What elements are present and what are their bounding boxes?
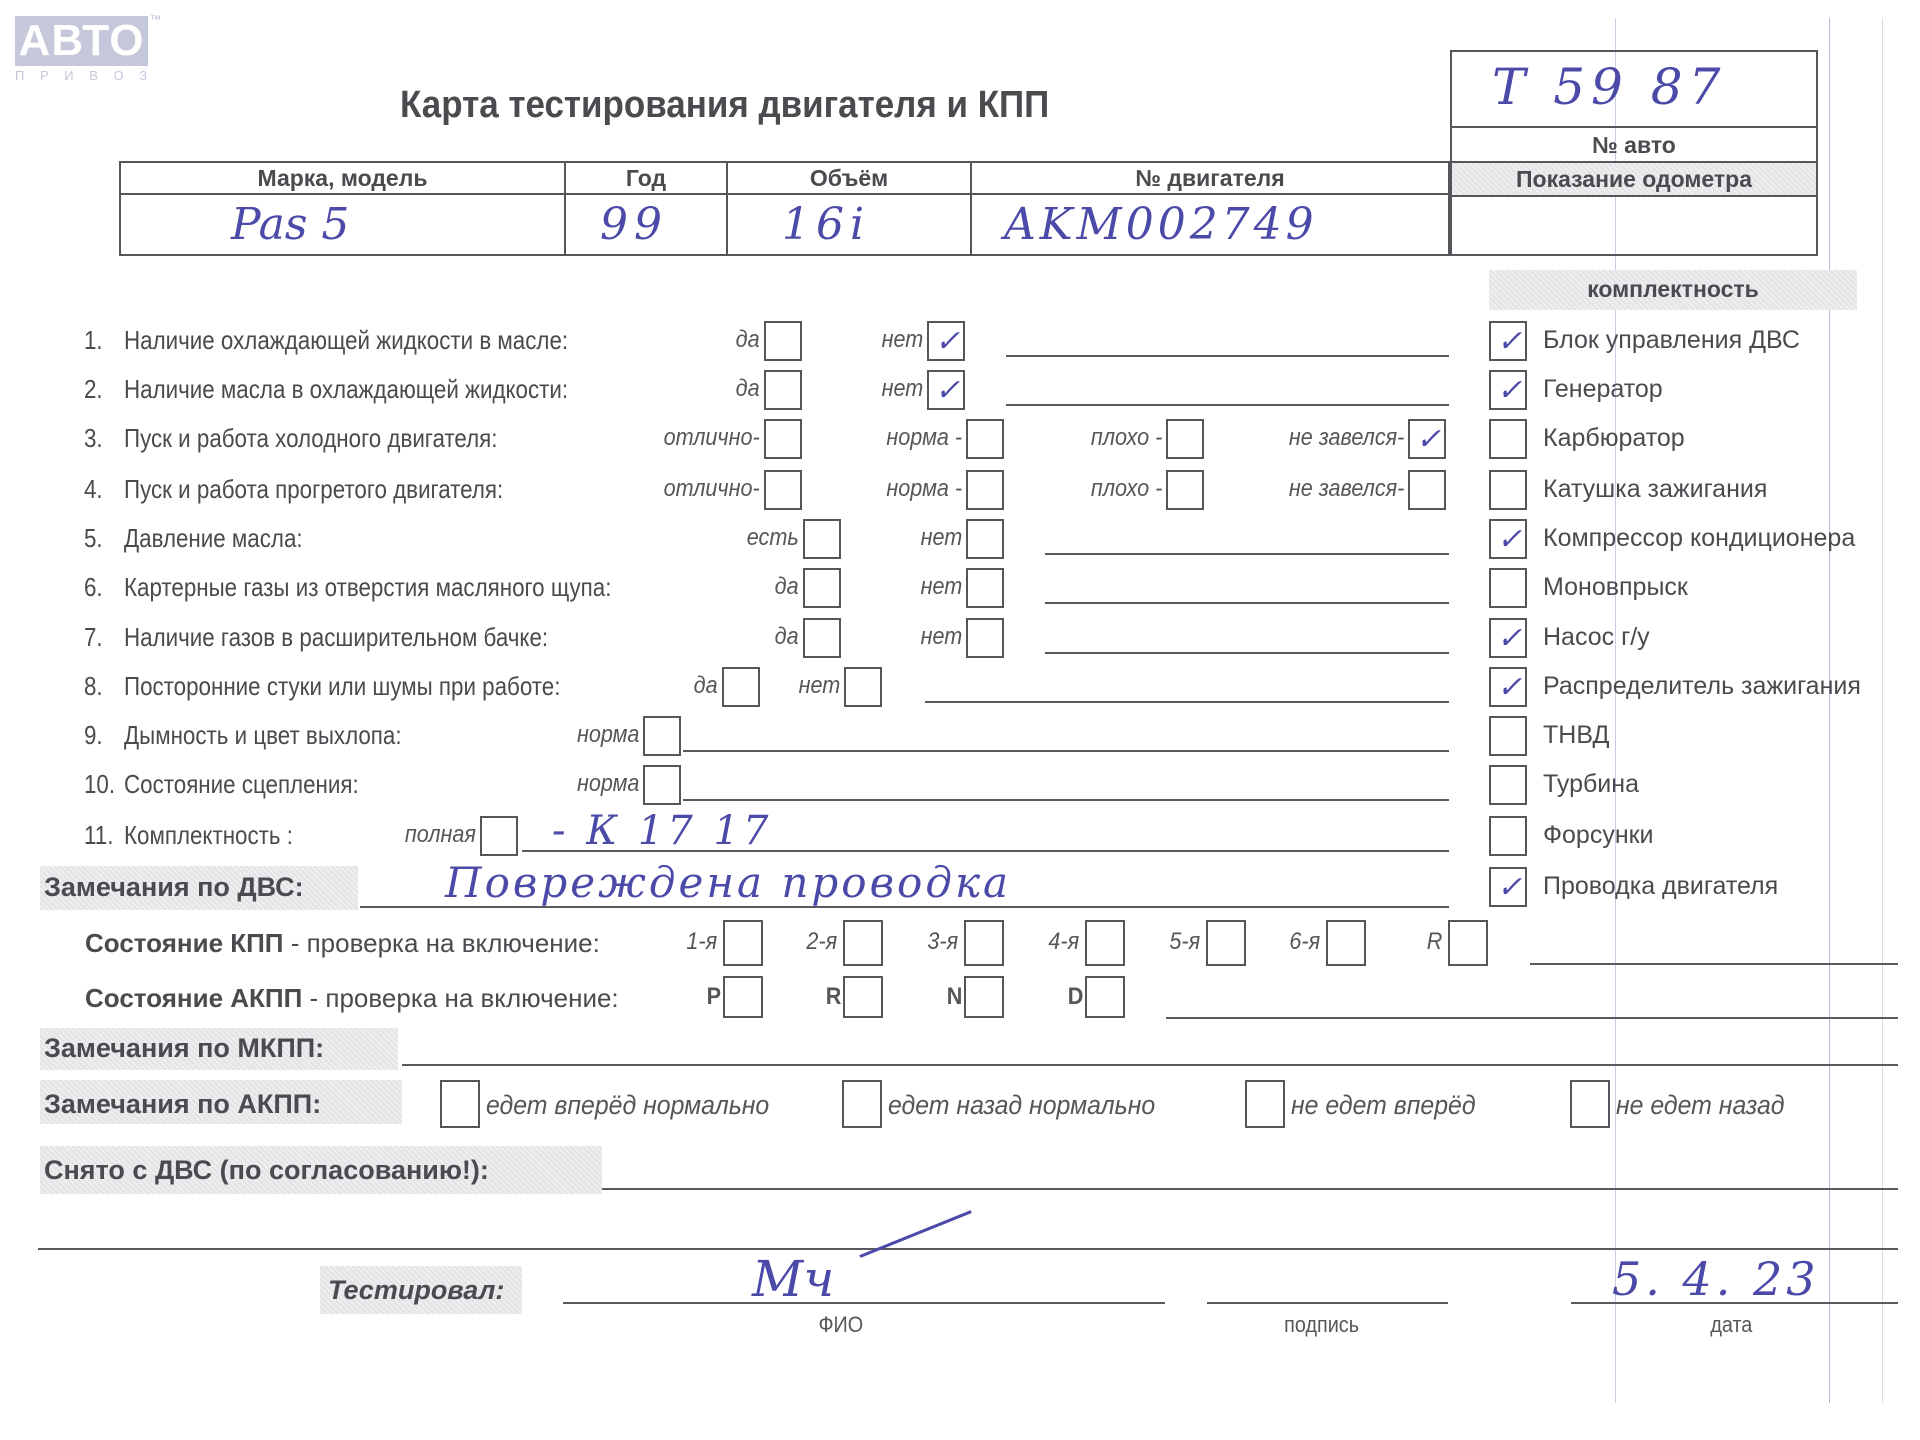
question-number: 5. bbox=[84, 523, 103, 554]
manual-gearbox-subtitle: - проверка на включение: bbox=[284, 928, 600, 958]
option-label: не завелся- bbox=[1288, 475, 1404, 503]
option-label: да bbox=[775, 573, 799, 601]
gear-checkbox[interactable] bbox=[1206, 920, 1246, 966]
kit-item-label: Генератор bbox=[1543, 375, 1663, 404]
option-checkbox[interactable] bbox=[1408, 470, 1446, 510]
gear-label: 6-я bbox=[1289, 928, 1320, 956]
option-checkbox[interactable] bbox=[803, 568, 841, 608]
option-label: норма bbox=[577, 721, 639, 749]
position-label: N bbox=[946, 983, 962, 1011]
question-number: 2. bbox=[84, 374, 103, 405]
option-label: отлично- bbox=[664, 475, 760, 503]
name-value[interactable]: Мч bbox=[752, 1250, 834, 1308]
question-label: Картерные газы из отверстия масляного щу… bbox=[124, 572, 611, 603]
question-notes-line[interactable] bbox=[1006, 355, 1449, 357]
manual-gearbox-title: Состояние КПП bbox=[85, 928, 284, 958]
auto-gearbox-line bbox=[1166, 1017, 1898, 1019]
kit-item-label: Блок управления ДВС bbox=[1543, 326, 1800, 355]
option-label: есть bbox=[747, 524, 799, 552]
option-checkbox[interactable] bbox=[764, 470, 802, 510]
question-label: Посторонние стуки или шумы при работе: bbox=[124, 671, 560, 702]
option-label: не завелся- bbox=[1288, 424, 1404, 452]
option-checkbox[interactable] bbox=[966, 568, 1004, 608]
question-label: Наличие газов в расширительном бачке: bbox=[124, 622, 548, 653]
option-label: нет bbox=[920, 623, 962, 651]
question-number: 4. bbox=[84, 474, 103, 505]
question-number: 3. bbox=[84, 423, 103, 454]
option-checkbox[interactable] bbox=[643, 765, 681, 805]
option-checkbox[interactable] bbox=[803, 519, 841, 559]
option-checkbox[interactable] bbox=[1166, 470, 1204, 510]
date-value[interactable]: 5. 4. 23 bbox=[1612, 1252, 1820, 1306]
check-mark-icon: ✓ bbox=[1497, 523, 1522, 557]
removed-line[interactable] bbox=[602, 1188, 1898, 1190]
kit-header-label: комплектность bbox=[1489, 276, 1857, 303]
option-label: нет bbox=[920, 524, 962, 552]
position-checkbox[interactable] bbox=[843, 976, 883, 1018]
scan-guide-line bbox=[1829, 18, 1830, 1403]
kit-checkbox[interactable]: ✓ bbox=[1489, 321, 1527, 361]
gear-label: 5-я bbox=[1169, 928, 1200, 956]
option-label: норма - bbox=[886, 424, 962, 452]
question-notes-line[interactable] bbox=[1045, 652, 1449, 654]
question-notes-line[interactable] bbox=[1045, 602, 1449, 604]
plate-value[interactable]: Т 59 87 bbox=[1492, 58, 1726, 116]
question-number: 7. bbox=[84, 622, 103, 653]
completeness-note[interactable]: - К 17 17 bbox=[552, 808, 772, 854]
question-label: Наличие масла в охлаждающей жидкости: bbox=[124, 374, 568, 405]
option-label: плохо - bbox=[1091, 424, 1162, 452]
option-checkbox[interactable]: ✓ bbox=[927, 370, 965, 410]
option-checkbox[interactable] bbox=[803, 618, 841, 658]
option-checkbox[interactable] bbox=[722, 667, 760, 707]
page-title: Карта тестирования двигателя и КПП bbox=[400, 84, 1049, 127]
tester-label: Тестировал: bbox=[328, 1275, 504, 1306]
auto-remarks-option-label: едет назад нормально bbox=[888, 1090, 1155, 1121]
question-label: Состояние сцепления: bbox=[124, 769, 359, 800]
logo-tm: ™ bbox=[150, 14, 161, 26]
kit-item-label: Моновпрыск bbox=[1543, 573, 1688, 602]
name-line[interactable] bbox=[563, 1302, 1165, 1304]
auto-gearbox-title: Состояние АКПП bbox=[85, 983, 302, 1013]
kit-checkbox[interactable] bbox=[1489, 419, 1527, 459]
question-number: 1. bbox=[84, 325, 103, 356]
check-mark-icon: ✓ bbox=[1497, 374, 1522, 408]
position-checkbox[interactable] bbox=[723, 976, 763, 1018]
option-label: да bbox=[736, 326, 760, 354]
kit-item-label: Турбина bbox=[1543, 770, 1639, 799]
kit-checkbox[interactable]: ✓ bbox=[1489, 667, 1527, 707]
option-checkbox[interactable] bbox=[764, 419, 802, 459]
removed-line-2[interactable] bbox=[38, 1248, 1898, 1250]
scan-guide-line bbox=[1882, 18, 1883, 1403]
gear-checkbox[interactable] bbox=[843, 920, 883, 966]
option-label: норма bbox=[577, 770, 639, 798]
question-number: 6. bbox=[84, 572, 103, 603]
option-label: полная bbox=[405, 821, 476, 849]
option-checkbox[interactable] bbox=[844, 667, 882, 707]
gear-label: R bbox=[1426, 928, 1442, 956]
question-notes-line[interactable] bbox=[1045, 553, 1449, 555]
odometer-label: Показание одометра bbox=[1452, 161, 1816, 197]
signature-caption: подпись bbox=[1284, 1312, 1359, 1338]
kit-checkbox[interactable] bbox=[1489, 716, 1527, 756]
option-checkbox[interactable] bbox=[966, 618, 1004, 658]
logo-main: АВТО bbox=[15, 16, 148, 66]
question-number: 10. bbox=[84, 769, 115, 800]
gear-label: 1-я bbox=[686, 928, 717, 956]
kit-item-label: Насос г/у bbox=[1543, 623, 1650, 652]
engine-remarks-value[interactable]: Повреждена проводка bbox=[445, 858, 1011, 907]
plate-label: № авто bbox=[1452, 132, 1816, 159]
check-mark-icon: ✓ bbox=[1497, 671, 1522, 705]
position-checkbox[interactable] bbox=[1085, 976, 1125, 1018]
question-label: Пуск и работа холодного двигателя: bbox=[124, 423, 497, 454]
gear-label: 4-я bbox=[1048, 928, 1079, 956]
signature-line[interactable] bbox=[1207, 1302, 1448, 1304]
engine-remarks-label: Замечания по ДВС: bbox=[36, 868, 312, 907]
manual-remarks-label: Замечания по МКПП: bbox=[36, 1029, 332, 1068]
gear-checkbox[interactable] bbox=[1085, 920, 1125, 966]
option-checkbox[interactable] bbox=[1166, 419, 1204, 459]
option-label: норма - bbox=[886, 475, 962, 503]
logo-sub: П Р И В О З bbox=[15, 68, 153, 83]
option-checkbox[interactable] bbox=[764, 370, 802, 410]
year-value[interactable]: 99 bbox=[565, 194, 727, 255]
kit-checkbox[interactable] bbox=[1489, 470, 1527, 510]
kit-item-label: Распределитель зажигания bbox=[1543, 672, 1861, 701]
gear-label: 2-я bbox=[806, 928, 837, 956]
tester-signature-stroke bbox=[859, 1210, 971, 1258]
option-label: да bbox=[694, 672, 718, 700]
auto-remarks-option-label: не едет вперёд bbox=[1291, 1090, 1476, 1121]
kit-item-label: Катушка зажигания bbox=[1543, 475, 1767, 504]
name-caption: ФИО bbox=[818, 1312, 863, 1338]
vehicle-info-table: Марка, модель Год Объём № двигателя Pas … bbox=[119, 161, 1450, 256]
auto-gearbox-label: Состояние АКПП - проверка на включение: bbox=[85, 983, 619, 1014]
kit-checkbox[interactable]: ✓ bbox=[1489, 370, 1527, 410]
option-checkbox[interactable] bbox=[764, 321, 802, 361]
option-checkbox[interactable]: ✓ bbox=[1408, 419, 1446, 459]
position-label: P bbox=[707, 983, 721, 1011]
position-checkbox[interactable] bbox=[964, 976, 1004, 1018]
gear-checkbox[interactable] bbox=[1448, 920, 1488, 966]
gear-checkbox[interactable] bbox=[1326, 920, 1366, 966]
check-mark-icon: ✓ bbox=[935, 374, 960, 408]
kit-item-label: Проводка двигателя bbox=[1543, 872, 1778, 901]
option-label: нет bbox=[881, 375, 923, 403]
kit-checkbox[interactable]: ✓ bbox=[1489, 519, 1527, 559]
manual-gearbox-line bbox=[1530, 963, 1898, 965]
position-label: D bbox=[1067, 983, 1083, 1011]
kit-item-label: Форсунки bbox=[1543, 821, 1654, 850]
question-label: Комплектность : bbox=[124, 820, 293, 851]
manual-gearbox-label: Состояние КПП - проверка на включение: bbox=[85, 928, 600, 959]
check-mark-icon: ✓ bbox=[1497, 871, 1522, 905]
question-notes-line[interactable] bbox=[683, 750, 1449, 752]
manual-remarks-line[interactable] bbox=[402, 1064, 1898, 1066]
question-number: 9. bbox=[84, 720, 103, 751]
volume-value[interactable]: 16i bbox=[727, 194, 971, 255]
option-label: отлично- bbox=[664, 424, 760, 452]
kit-checkbox[interactable] bbox=[1489, 765, 1527, 805]
check-mark-icon: ✓ bbox=[1416, 423, 1441, 457]
auto-remarks-option-label: не едет назад bbox=[1616, 1090, 1785, 1121]
option-label: нет bbox=[798, 672, 840, 700]
option-checkbox[interactable] bbox=[966, 419, 1004, 459]
auto-remarks-checkbox[interactable] bbox=[1245, 1080, 1285, 1128]
check-mark-icon: ✓ bbox=[935, 325, 960, 359]
kit-item-label: ТНВД bbox=[1543, 721, 1609, 750]
question-label: Давление масла: bbox=[124, 523, 303, 554]
option-label: да bbox=[775, 623, 799, 651]
engine-number-value[interactable]: AKM002749 bbox=[971, 194, 1449, 255]
column-header-year: Год bbox=[565, 162, 727, 194]
kit-checkbox[interactable] bbox=[1489, 568, 1527, 608]
option-checkbox[interactable] bbox=[966, 519, 1004, 559]
auto-remarks-checkbox[interactable] bbox=[1570, 1080, 1610, 1128]
question-label: Наличие охлаждающей жидкости в масле: bbox=[124, 325, 568, 356]
auto-remarks-label: Замечания по АКПП: bbox=[36, 1085, 329, 1124]
gear-label: 3-я bbox=[927, 928, 958, 956]
question-number: 8. bbox=[84, 671, 103, 702]
option-label: нет bbox=[881, 326, 923, 354]
auto-remarks-checkbox[interactable] bbox=[440, 1080, 480, 1128]
gear-checkbox[interactable] bbox=[723, 920, 763, 966]
option-checkbox[interactable] bbox=[643, 716, 681, 756]
option-checkbox[interactable] bbox=[480, 816, 518, 856]
question-notes-line[interactable] bbox=[1006, 404, 1449, 406]
question-notes-line[interactable] bbox=[925, 701, 1449, 703]
odometer-field[interactable] bbox=[1452, 197, 1816, 254]
removed-label: Снято с ДВС (по согласованию!): bbox=[36, 1151, 497, 1190]
option-label: нет bbox=[920, 573, 962, 601]
kit-item-label: Компрессор кондиционера bbox=[1543, 524, 1855, 553]
kit-checkbox[interactable]: ✓ bbox=[1489, 618, 1527, 658]
auto-gearbox-subtitle: - проверка на включение: bbox=[302, 983, 618, 1013]
option-checkbox[interactable] bbox=[966, 470, 1004, 510]
kit-item-label: Карбюратор bbox=[1543, 424, 1685, 453]
question-number: 11. bbox=[84, 820, 113, 851]
option-label: да bbox=[736, 375, 760, 403]
question-label: Пуск и работа прогретого двигателя: bbox=[124, 474, 503, 505]
auto-remarks-checkbox[interactable] bbox=[842, 1080, 882, 1128]
kit-checkbox[interactable] bbox=[1489, 816, 1527, 856]
kit-checkbox[interactable]: ✓ bbox=[1489, 867, 1527, 907]
question-notes-line[interactable] bbox=[683, 799, 1449, 801]
column-header-volume: Объём bbox=[727, 162, 971, 194]
column-header-model: Марка, модель bbox=[120, 162, 565, 194]
date-caption: дата bbox=[1710, 1312, 1752, 1338]
column-header-engine-number: № двигателя bbox=[971, 162, 1449, 194]
auto-remarks-option-label: едет вперёд нормально bbox=[486, 1090, 769, 1121]
position-label: R bbox=[825, 983, 841, 1011]
check-mark-icon: ✓ bbox=[1497, 622, 1522, 656]
vehicle-box: Т 59 87 № авто Показание одометра bbox=[1450, 50, 1818, 256]
question-label: Дымность и цвет выхлопа: bbox=[124, 720, 402, 751]
option-checkbox[interactable]: ✓ bbox=[927, 321, 965, 361]
gear-checkbox[interactable] bbox=[964, 920, 1004, 966]
option-label: плохо - bbox=[1091, 475, 1162, 503]
check-mark-icon: ✓ bbox=[1497, 325, 1522, 359]
model-value[interactable]: Pas 5 bbox=[120, 194, 565, 255]
